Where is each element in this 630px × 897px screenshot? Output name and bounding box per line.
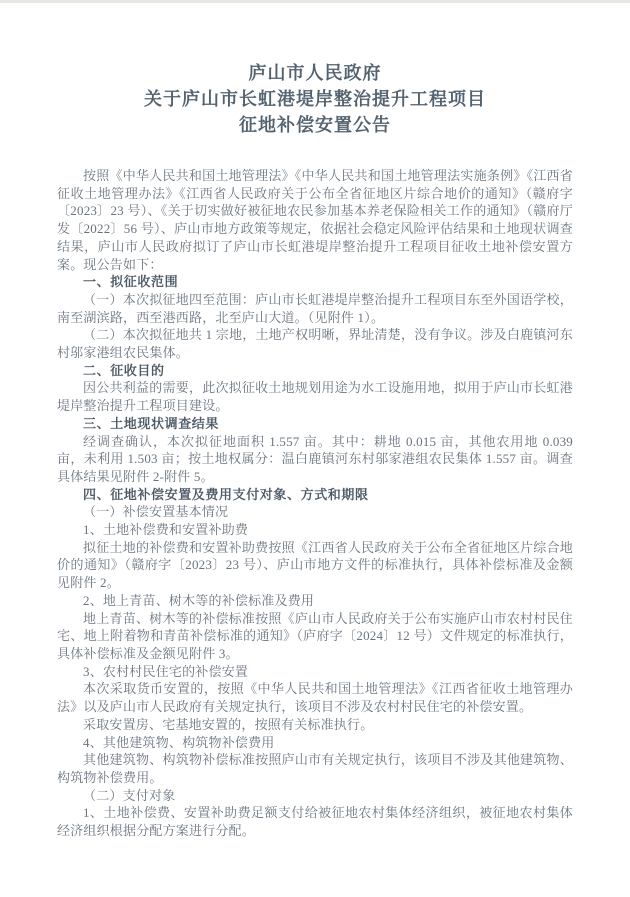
paragraph: 拟征土地的补偿费和安置补助费按照《江西省人民政府关于公布全省征地区片综合地价的通… bbox=[57, 539, 573, 592]
section-heading: 四、征地补偿安置及费用支付对象、方式和期限 bbox=[57, 486, 573, 504]
paragraph: 因公共利益的需要，此次拟征收土地规划用途为水工设施用地，拟用于庐山市长虹港堤岸整… bbox=[57, 379, 573, 414]
paragraph: （二）本次拟征地共 1 宗地，土地产权明晰，界址清楚，没有争议。涉及白鹿镇河东村… bbox=[57, 326, 573, 361]
title-line-issuer: 庐山市人民政府 bbox=[57, 60, 573, 86]
paragraph: 采取安置房、宅基地安置的，按照有关标准执行。 bbox=[57, 716, 573, 734]
section-heading: 二、征收目的 bbox=[57, 362, 573, 380]
paragraph: 1、土地补偿费、安置补助费足额支付给被征地农村集体经济组织，被征地农村集体经济组… bbox=[57, 804, 573, 839]
document-title: 庐山市人民政府 关于庐山市长虹港堤岸整治提升工程项目 征地补偿安置公告 bbox=[57, 60, 573, 138]
paragraph: （二）支付对象 bbox=[57, 787, 573, 805]
title-line-subject: 关于庐山市长虹港堤岸整治提升工程项目 bbox=[57, 86, 573, 112]
paragraph: 2、地上青苗、树木等的补偿标准及费用 bbox=[57, 592, 573, 610]
announcement-page: 庐山市人民政府 关于庐山市长虹港堤岸整治提升工程项目 征地补偿安置公告 按照《中… bbox=[0, 0, 630, 897]
paragraph: 1、土地补偿费和安置补助费 bbox=[57, 521, 573, 539]
paragraph: 其他建筑物、构筑物补偿标准按照庐山市有关规定执行，该项目不涉及其他建筑物、构筑物… bbox=[57, 751, 573, 786]
paragraph: 本次采取货币安置的，按照《中华人民共和国土地管理法》《江西省征收土地管理办法》以… bbox=[57, 680, 573, 715]
document-body: 按照《中华人民共和国土地管理法》《中华人民共和国土地管理法实施条例》《江西省征收… bbox=[57, 167, 573, 840]
section-heading: 一、拟征收范围 bbox=[57, 273, 573, 291]
paragraph: 4、其他建筑物、构筑物补偿费用 bbox=[57, 734, 573, 752]
section-heading: 三、土地现状调查结果 bbox=[57, 415, 573, 433]
paragraph: 按照《中华人民共和国土地管理法》《中华人民共和国土地管理法实施条例》《江西省征收… bbox=[57, 167, 573, 273]
paragraph: 地上青苗、树木等的补偿标准按照《庐山市人民政府关于公布实施庐山市农村村民住宅、地… bbox=[57, 610, 573, 663]
paragraph: 经调查确认，本次拟征地面积 1.557 亩。其中：耕地 0.015 亩，其他农用… bbox=[57, 433, 573, 486]
paragraph: （一）补偿安置基本情况 bbox=[57, 503, 573, 521]
paragraph: （一）本次拟征地四至范围：庐山市长虹港堤岸整治提升工程项目东至外国语学校，南至湖… bbox=[57, 291, 573, 326]
paragraph: 3、农村村民住宅的补偿安置 bbox=[57, 663, 573, 681]
title-line-type: 征地补偿安置公告 bbox=[57, 112, 573, 138]
